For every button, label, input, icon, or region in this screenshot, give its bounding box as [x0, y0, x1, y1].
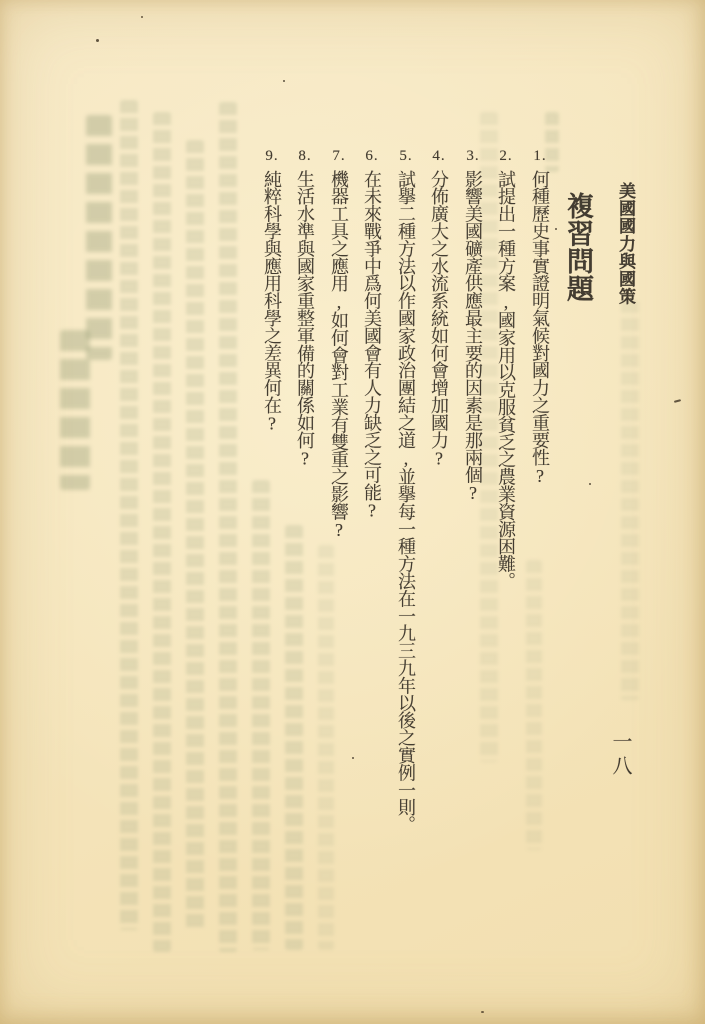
question-text: 分佈廣大之水流系統如何會增加國力? — [423, 170, 455, 468]
paper-speck — [589, 483, 591, 485]
ink-bleedthrough-artifact — [153, 112, 171, 952]
question-text: 試提出一種方案,國家用以克服貧乏之農業資源困難。 — [490, 170, 522, 590]
page-number: 一八 — [606, 731, 634, 779]
question-number: 9. — [256, 146, 288, 168]
question-text: 純粹科學與應用科學之差異何在? — [256, 170, 288, 433]
question-text: 何種歷史事實證明氣候對國力之重要性? — [524, 170, 556, 485]
paper-speck — [674, 399, 681, 403]
question-text: 生活水準與國家重整軍備的關係如何? — [289, 170, 321, 468]
question-number: 8. — [289, 146, 321, 168]
question-text: 試擧二種方法以作國家政治團結之道,並擧每一種方法在一九三九年以後之實例一則。 — [390, 170, 422, 833]
paper-speck — [352, 757, 354, 759]
ink-bleedthrough-artifact — [86, 115, 112, 360]
ink-bleedthrough-artifact — [60, 330, 90, 490]
question-number: 7. — [323, 146, 355, 168]
question-number: 3. — [457, 146, 489, 168]
paper-speck — [96, 39, 99, 42]
paper-speck — [283, 80, 285, 82]
question-number: 2. — [490, 146, 522, 168]
question-column-4: 4. 分佈廣大之水流系統如何會增加國力? — [423, 146, 455, 468]
ink-bleedthrough-artifact — [285, 525, 303, 950]
paper-speck — [481, 1011, 484, 1013]
question-column-8: 8. 生活水準與國家重整軍備的關係如何? — [289, 146, 321, 468]
scanned-document-page: 美國國力與國策 複習問題 1. 何種歷史事實證明氣候對國力之重要性? 2. 試提… — [0, 0, 705, 1024]
question-number: 1. — [524, 146, 556, 168]
section-title: 複習問題 — [559, 192, 597, 302]
question-column-6: 6. 在未來戰爭中爲何美國會有人力缺乏之可能? — [356, 146, 388, 520]
ink-bleedthrough-artifact — [219, 102, 237, 952]
ink-bleedthrough-artifact — [120, 100, 138, 930]
question-column-5: 5. 試擧二種方法以作國家政治團結之道,並擧每一種方法在一九三九年以後之實例一則… — [390, 146, 422, 833]
question-number: 5. — [390, 146, 422, 168]
question-number: 4. — [423, 146, 455, 168]
question-text: 在未來戰爭中爲何美國會有人力缺乏之可能? — [356, 170, 388, 520]
question-number: 6. — [356, 146, 388, 168]
question-column-9: 9. 純粹科學與應用科學之差異何在? — [256, 146, 288, 433]
book-title: 美國國力與國策 — [609, 182, 641, 305]
ink-bleedthrough-artifact — [252, 480, 270, 950]
question-text: 機器工具之應用,如何會對工業有雙重之影響? — [323, 170, 355, 539]
question-text: 影響美國礦產供應最主要的因素是那兩個? — [457, 170, 489, 503]
question-column-1: 1. 何種歷史事實證明氣候對國力之重要性? — [524, 146, 556, 485]
question-column-2: 2. 試提出一種方案,國家用以克服貧乏之農業資源困難。 — [490, 146, 522, 590]
question-column-3: 3. 影響美國礦產供應最主要的因素是那兩個? — [457, 146, 489, 503]
question-column-7: 7. 機器工具之應用,如何會對工業有雙重之影響? — [323, 146, 355, 539]
ink-bleedthrough-artifact — [186, 140, 204, 930]
ink-bleedthrough-artifact — [318, 545, 334, 950]
ink-bleedthrough-artifact — [621, 300, 639, 700]
paper-speck — [141, 16, 143, 18]
ink-bleedthrough-artifact — [526, 560, 542, 850]
